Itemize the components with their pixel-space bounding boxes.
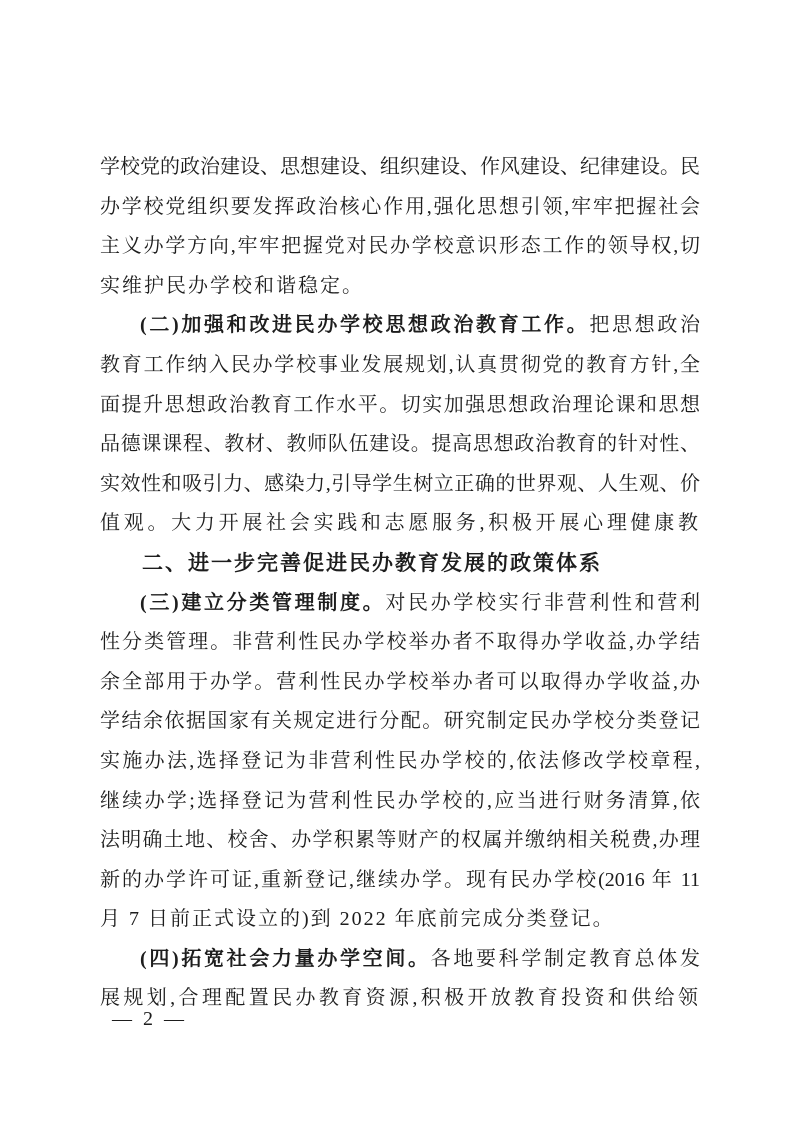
item-lead: (四)拓宽社会力量办学空间。 (140, 948, 431, 970)
text-line: 面提升思想政治教育工作水平。切实加强思想政治理论课和思想 (100, 386, 700, 426)
item-lead: (三)建立分类管理制度。 (140, 592, 385, 614)
text-line: 法明确土地、校舍、办学积累等财产的权属并缴纳相关税费,办理 (100, 821, 700, 861)
text-line: 学结余依据国家有关规定进行分配。研究制定民办学校分类登记 (100, 702, 700, 742)
text-line: 主义办学方向,牢牢把握党对民办学校意识形态工作的领导权,切 (100, 227, 700, 267)
page-number: — 2 — (112, 1008, 187, 1030)
text-line: 余全部用于办学。营利性民办学校举办者可以取得办学收益,办 (100, 663, 700, 703)
section-heading: 二、进一步完善促进民办教育发展的政策体系 (100, 544, 700, 584)
text-line: 办学校党组织要发挥政治核心作用,强化思想引领,牢牢把握社会 (100, 188, 700, 228)
text-line: 值观。大力开展社会实践和志愿服务,积极开展心理健康教育。 (100, 504, 700, 544)
document-body: 学校党的政治建设、思想建设、组织建设、作风建设、纪律建设。民办学校党组织要发挥政… (100, 148, 700, 1019)
text-line: (四)拓宽社会力量办学空间。各地要科学制定教育总体发 (100, 940, 700, 980)
text-line: 展规划,合理配置民办教育资源,积极开放教育投资和供给领域。 (100, 979, 700, 1019)
text-line: 月 7 日前正式设立的)到 2022 年底前完成分类登记。 (100, 900, 700, 940)
text-line: 品德课课程、教材、教师队伍建设。提高思想政治教育的针对性、 (100, 425, 700, 465)
text-line: 实维护民办学校和谐稳定。 (100, 267, 700, 307)
text-line: 学校党的政治建设、思想建设、组织建设、作风建设、纪律建设。民 (100, 148, 700, 188)
text-line: 实效性和吸引力、感染力,引导学生树立正确的世界观、人生观、价 (100, 465, 700, 505)
text-line: (二)加强和改进民办学校思想政治教育工作。把思想政治 (100, 306, 700, 346)
text-line: (三)建立分类管理制度。对民办学校实行非营利性和营利 (100, 584, 700, 624)
item-lead: (二)加强和改进民办学校思想政治教育工作。 (140, 314, 589, 336)
text-line: 性分类管理。非营利性民办学校举办者不取得办学收益,办学结 (100, 623, 700, 663)
text-line: 实施办法,选择登记为非营利性民办学校的,依法修改学校章程, (100, 742, 700, 782)
document-page: 学校党的政治建设、思想建设、组织建设、作风建设、纪律建设。民办学校党组织要发挥政… (0, 0, 800, 1132)
text-line: 新的办学许可证,重新登记,继续办学。现有民办学校(2016 年 11 (100, 861, 700, 901)
page-footer: — 2 — (112, 1006, 187, 1032)
text-line: 继续办学;选择登记为营利性民办学校的,应当进行财务清算,依 (100, 782, 700, 822)
text-line: 教育工作纳入民办学校事业发展规划,认真贯彻党的教育方针,全 (100, 346, 700, 386)
